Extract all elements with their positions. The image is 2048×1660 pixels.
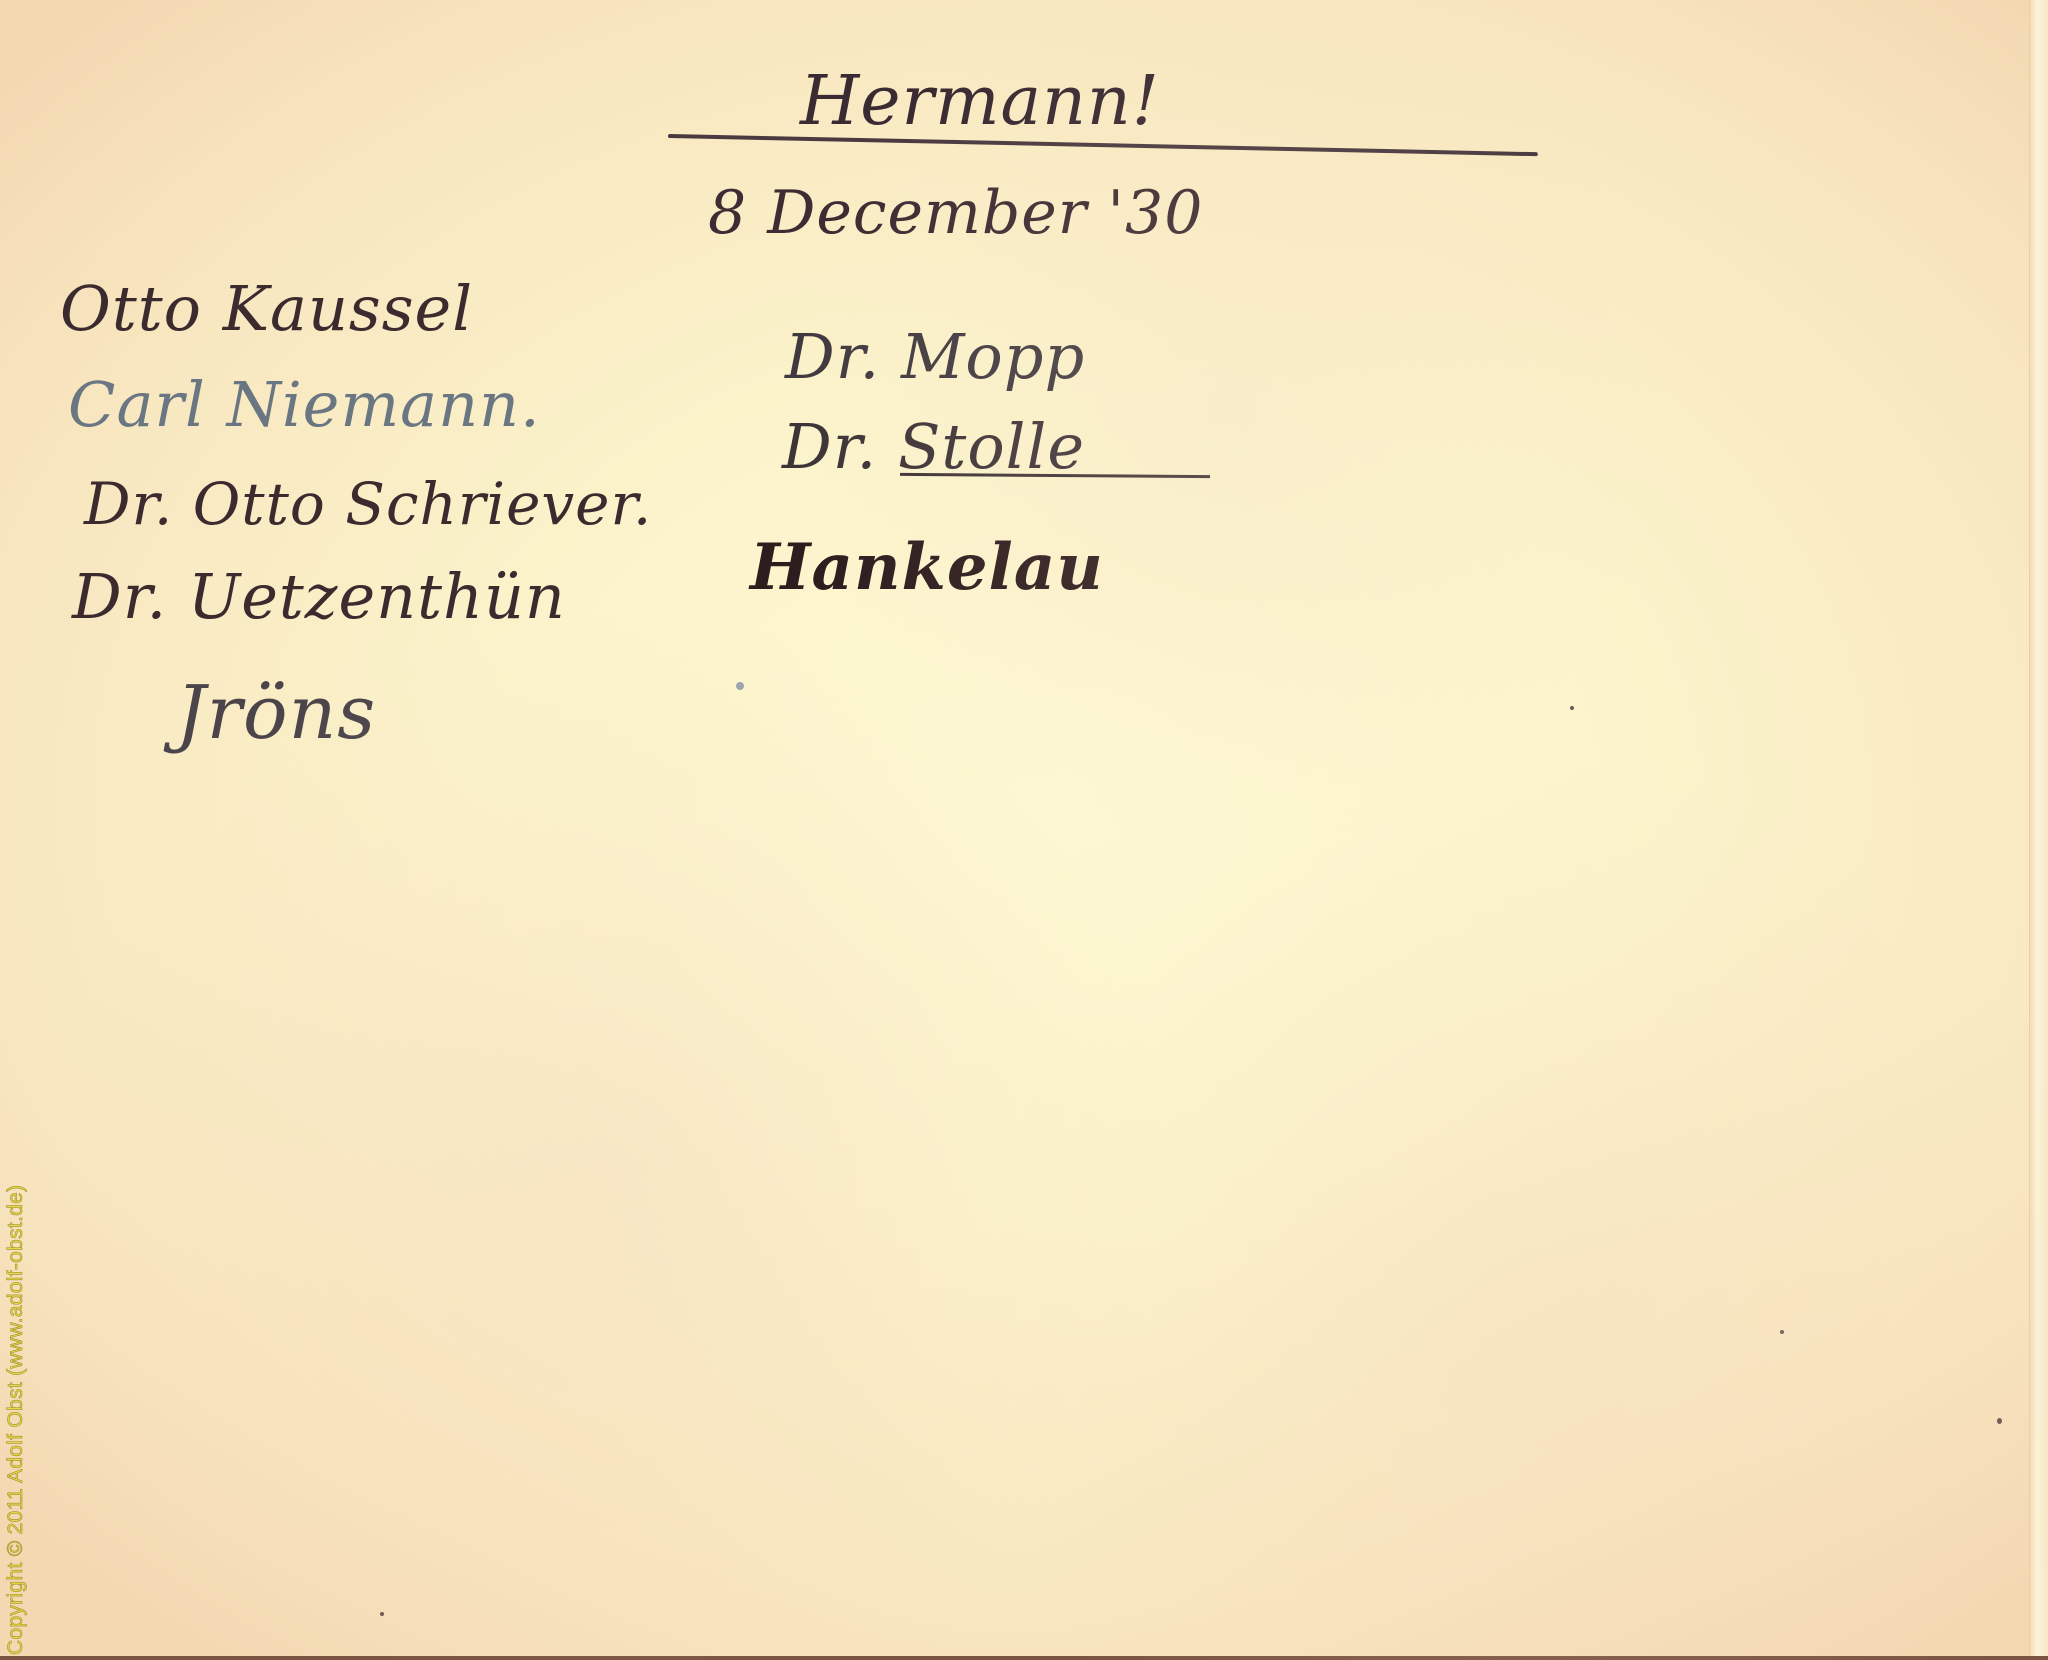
- album-page: Hermann! 8 December '30 Otto Kaussel Car…: [0, 0, 2048, 1660]
- signature-right-1: Dr. Mopp: [785, 320, 1085, 393]
- ink-speck: [1997, 1418, 2002, 1424]
- signature-right-2: Dr. Stolle: [782, 410, 1085, 483]
- copyright-watermark: Copyright © 2011 Adolf Obst (www.adolf-o…: [4, 1185, 28, 1655]
- ink-speck: [736, 682, 744, 690]
- signature-left-5: Jröns: [176, 670, 376, 756]
- signature-left-4: Dr. Uetzenthün: [72, 560, 566, 633]
- signature-right-3: Hankelau: [750, 530, 1104, 605]
- date-line: 8 December '30: [708, 178, 1203, 248]
- page-edge: [2029, 0, 2048, 1660]
- signature-left-1: Otto Kaussel: [60, 272, 473, 345]
- signature-left-3: Dr. Otto Schriever.: [84, 470, 652, 538]
- signature-left-2: Carl Niemann.: [68, 368, 541, 441]
- ink-speck: [1780, 1330, 1784, 1334]
- ink-speck: [380, 1612, 384, 1616]
- page-heading: Hermann!: [800, 62, 1160, 141]
- page-bottom-edge: [0, 1656, 2048, 1660]
- ink-speck: [1570, 706, 1574, 710]
